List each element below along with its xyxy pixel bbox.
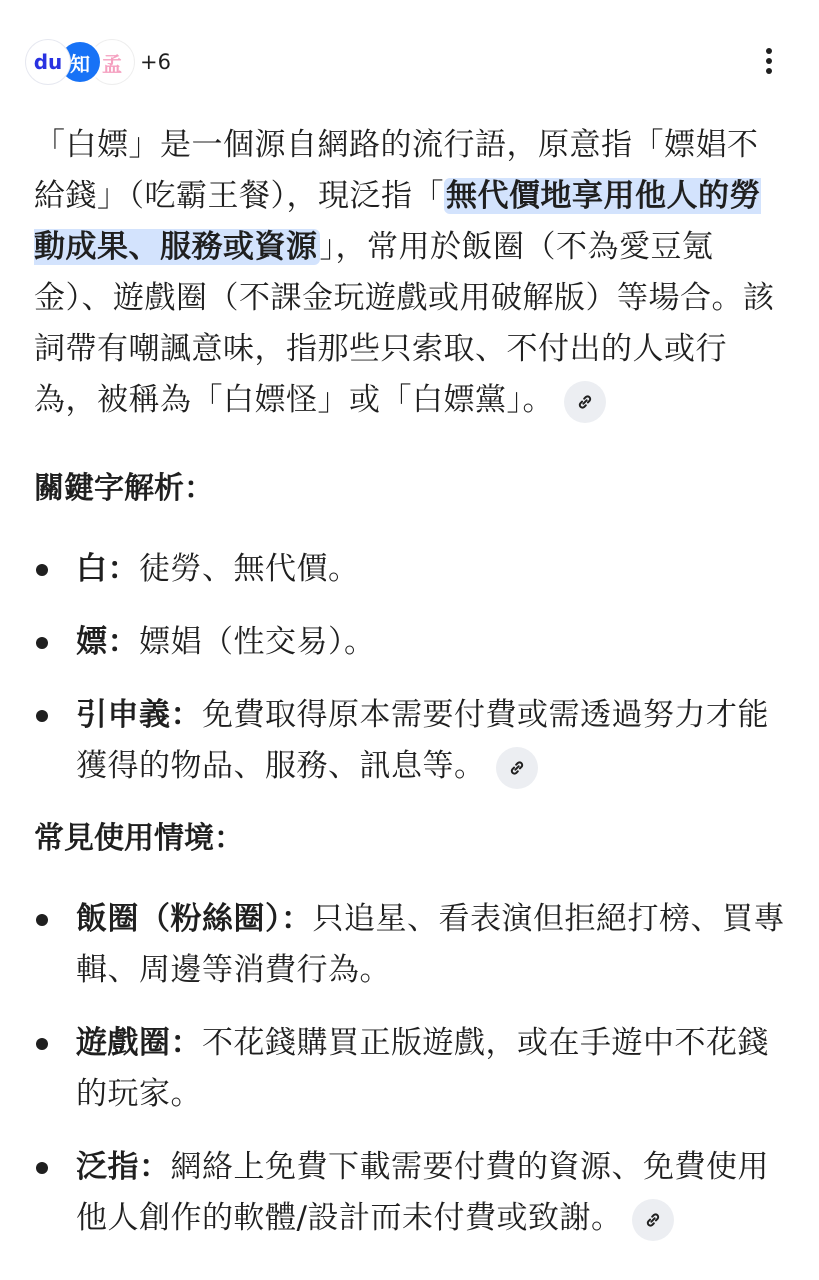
- more-sources-count[interactable]: +6: [140, 50, 171, 74]
- source-link-icon[interactable]: [496, 747, 538, 789]
- keywords-list: 白：徒勞、無代價。 嫖：嫖娼（性交易）。 引申義：免費取得原本需要付費或需透過努…: [34, 544, 786, 792]
- item-term: 飯圈（粉絲圈）：: [76, 901, 313, 937]
- item-term: 白：: [76, 551, 139, 587]
- baidu-source-icon[interactable]: du: [26, 40, 70, 84]
- list-item: 白：徒勞、無代價。: [34, 544, 786, 595]
- more-options-icon[interactable]: [759, 48, 779, 80]
- item-term: 泛指：: [76, 1149, 171, 1185]
- section-title-usage: 常見使用情境：: [34, 814, 786, 864]
- list-item: 嫖：嫖娼（性交易）。: [34, 617, 786, 668]
- item-term: 引申義：: [76, 697, 202, 733]
- intro-paragraph: 「白嫖」是一個源自網路的流行語，原意指「嫖娼不給錢」（吃霸王餐），現泛指「無代價…: [34, 120, 786, 426]
- usage-list: 飯圈（粉絲圈）：只追星、看表演但拒絕打榜、買專輯、周邊等消費行為。 遊戲圈：不花…: [34, 894, 786, 1244]
- answer-header: du 知 孟 +6: [26, 36, 793, 92]
- item-term: 嫖：: [76, 624, 139, 660]
- bullet-icon: [36, 914, 48, 926]
- list-item: 遊戲圈：不花錢購買正版遊戲，或在手遊中不花錢的玩家。: [34, 1018, 786, 1120]
- answer-content: 「白嫖」是一個源自網路的流行語，原意指「嫖娼不給錢」（吃霸王餐），現泛指「無代價…: [34, 120, 786, 1266]
- bullet-icon: [36, 637, 48, 649]
- source-link-icon[interactable]: [632, 1199, 674, 1241]
- source-icons[interactable]: du 知 孟 +6: [26, 40, 171, 84]
- list-item: 引申義：免費取得原本需要付費或需透過努力才能獲得的物品、服務、訊息等。: [34, 690, 786, 792]
- zhihu-glyph: 知: [70, 48, 90, 77]
- baidu-glyph: du: [34, 50, 63, 74]
- bullet-icon: [36, 1162, 48, 1174]
- third-glyph: 孟: [102, 48, 122, 77]
- bullet-icon: [36, 1038, 48, 1050]
- item-term: 遊戲圈：: [76, 1025, 202, 1061]
- source-link-icon[interactable]: [564, 381, 606, 423]
- bullet-icon: [36, 710, 48, 722]
- list-item: 飯圈（粉絲圈）：只追星、看表演但拒絕打榜、買專輯、周邊等消費行為。: [34, 894, 786, 996]
- item-text: 嫖娼（性交易）。: [139, 624, 376, 660]
- bullet-icon: [36, 564, 48, 576]
- section-title-keywords: 關鍵字解析：: [34, 464, 786, 514]
- item-text: 徒勞、無代價。: [139, 551, 360, 587]
- list-item: 泛指：網絡上免費下載需要付費的資源、免費使用他人創作的軟體/設計而未付費或致謝。: [34, 1142, 786, 1244]
